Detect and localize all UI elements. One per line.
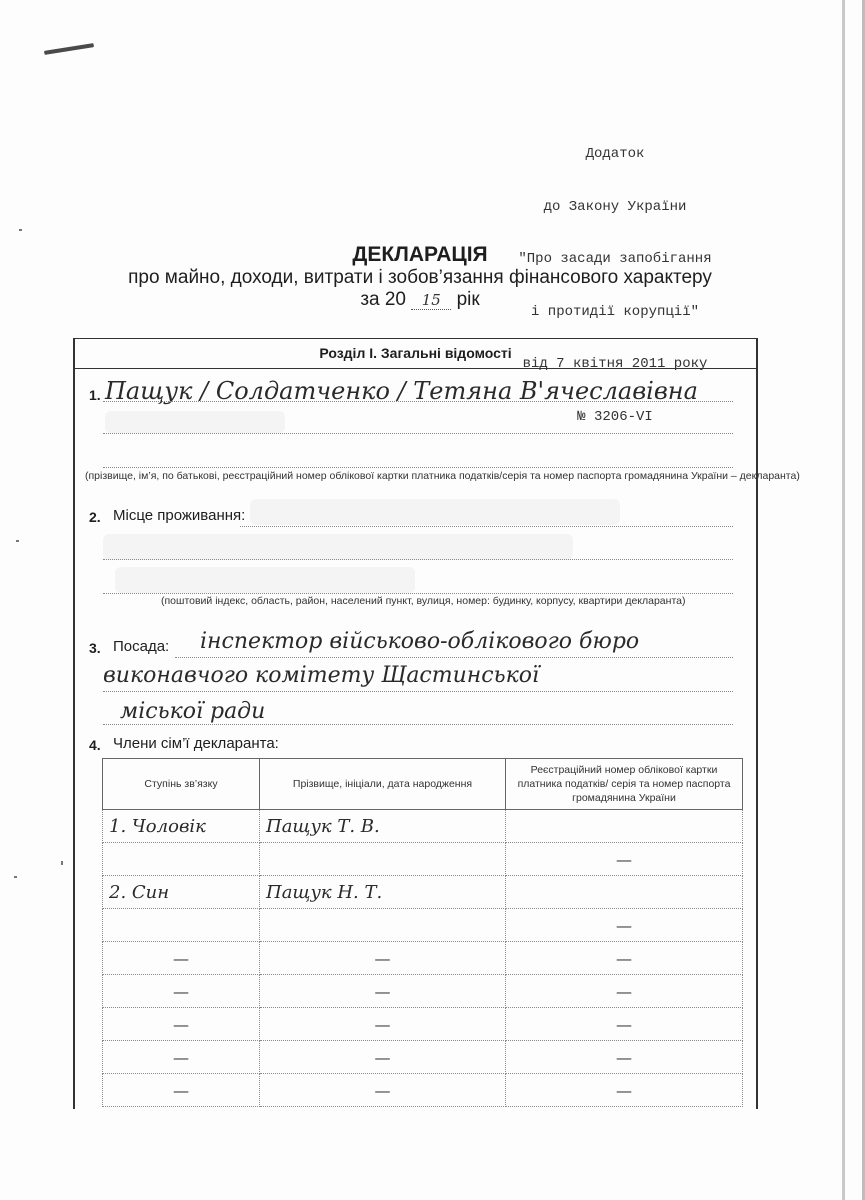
table-row: — (103, 843, 743, 876)
tax-id-cell[interactable] (506, 876, 743, 909)
fill-line (103, 593, 733, 594)
fill-line (103, 691, 733, 692)
item-1-caption: (прізвище, ім’я, по батькові, реєстрацій… (85, 470, 800, 482)
relation-cell[interactable]: — (103, 1074, 260, 1107)
fill-line (240, 526, 733, 527)
position-line[interactable]: інспектор військово-облікового бюро (200, 629, 639, 654)
item-4-number: 4. (89, 737, 101, 753)
item-2-label: Місце проживання: (113, 507, 245, 524)
name-cell[interactable]: — (260, 975, 506, 1008)
table-row: 2. Син Пащук Н. Т. (103, 876, 743, 909)
relation-cell[interactable]: 1. Чоловік (103, 810, 260, 843)
table-header-row: Ступінь зв’язку Прізвище, ініціали, дата… (103, 759, 743, 810)
relation-cell[interactable] (103, 843, 260, 876)
name-cell[interactable]: — (260, 1074, 506, 1107)
table-row: — (103, 909, 743, 942)
redacted-area (115, 567, 415, 593)
scan-speck (61, 861, 63, 865)
scan-artifact-mark (44, 43, 94, 55)
table-row: — — — (103, 942, 743, 975)
relation-cell[interactable]: 2. Син (103, 876, 260, 909)
tax-id-cell[interactable]: — (506, 975, 743, 1008)
relation-cell[interactable]: — (103, 1008, 260, 1041)
tax-id-cell[interactable]: — (506, 942, 743, 975)
tax-id-cell[interactable]: — (506, 843, 743, 876)
redacted-area (103, 534, 573, 560)
declaration-year: за 20 15 рік (0, 289, 840, 311)
column-header-tax-id: Реєстраційний номер облікової картки пла… (506, 759, 743, 810)
page-edge (842, 0, 845, 1200)
table-row: — — — (103, 975, 743, 1008)
name-cell[interactable] (260, 909, 506, 942)
redacted-area (105, 411, 285, 433)
item-2-caption: (поштовий індекс, область, район, населе… (161, 595, 685, 607)
tax-id-cell[interactable]: — (506, 1008, 743, 1041)
relation-cell[interactable]: — (103, 1041, 260, 1074)
name-cell[interactable]: — (260, 1041, 506, 1074)
section-title: Розділ І. Загальні відомості (75, 339, 756, 369)
item-3-number: 3. (89, 640, 101, 656)
appendix-line: Додаток (480, 146, 750, 164)
name-cell[interactable] (260, 843, 506, 876)
column-header-relation: Ступінь зв’язку (103, 759, 260, 810)
fill-line (103, 401, 733, 402)
tax-id-cell[interactable]: — (506, 1074, 743, 1107)
name-cell[interactable]: Пащук Н. Т. (260, 876, 506, 909)
position-line[interactable]: виконавчого комітету Щастинської (103, 663, 539, 688)
family-members-table: Ступінь зв’язку Прізвище, ініціали, дата… (102, 758, 743, 1107)
fill-line (103, 724, 733, 725)
fill-line (175, 657, 733, 658)
fill-line (103, 467, 733, 468)
year-prefix: за 20 (360, 289, 406, 310)
item-2-number: 2. (89, 509, 101, 525)
position-line[interactable]: міської ради (120, 699, 265, 724)
tax-id-cell[interactable] (506, 810, 743, 843)
relation-cell[interactable]: — (103, 942, 260, 975)
item-3-label: Посада: (113, 638, 169, 655)
redacted-area (250, 499, 620, 525)
name-cell[interactable]: — (260, 1008, 506, 1041)
scan-speck (14, 876, 17, 878)
relation-cell[interactable] (103, 909, 260, 942)
tax-id-cell[interactable]: — (506, 909, 743, 942)
column-header-name: Прізвище, ініціали, дата народження (260, 759, 506, 810)
year-suffix: рік (457, 289, 480, 310)
item-1-number: 1. (89, 387, 101, 403)
document-title: ДЕКЛАРАЦІЯ (0, 243, 840, 267)
name-cell[interactable]: Пащук Т. В. (260, 810, 506, 843)
name-cell[interactable]: — (260, 942, 506, 975)
document-subtitle: про майно, доходи, витрати і зобов’язанн… (0, 267, 840, 289)
scan-speck (16, 540, 19, 542)
fill-line (103, 559, 733, 560)
year-field[interactable]: 15 (411, 291, 451, 310)
table-row: — — — (103, 1041, 743, 1074)
scan-speck (19, 229, 22, 231)
relation-cell[interactable]: — (103, 975, 260, 1008)
tax-id-cell[interactable]: — (506, 1041, 743, 1074)
table-row: — — — (103, 1008, 743, 1041)
appendix-line: до Закону України (480, 199, 750, 217)
table-row: 1. Чоловік Пащук Т. В. (103, 810, 743, 843)
table-row: — — — (103, 1074, 743, 1107)
section-general-info: Розділ І. Загальні відомості 1. Пащук / … (73, 338, 758, 1109)
item-4-label: Члени сім’ї декларанта: (113, 735, 279, 752)
fill-line (103, 433, 733, 434)
